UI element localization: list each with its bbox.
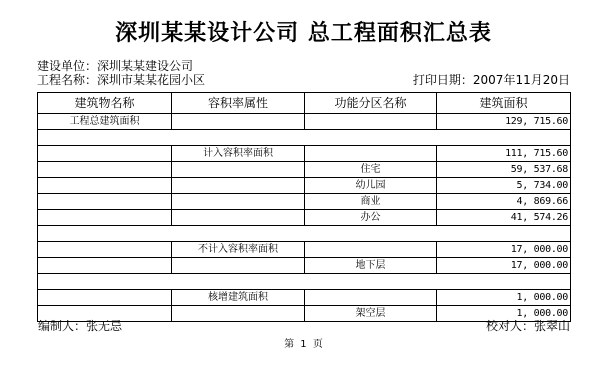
far-attribute-cell: [172, 162, 305, 178]
table-row: 办公 41, 574.26: [38, 210, 571, 226]
project-name: 工程名称：深圳市某某花园小区: [37, 73, 205, 87]
spacer-row: [38, 226, 571, 242]
table-header-row: 建筑物名称 容积率属性 功能分区名称 建筑面积: [38, 93, 571, 114]
table-row: 计入容积率面积 111, 715.60: [38, 146, 571, 162]
table-row: 住宅 59, 537.68: [38, 162, 571, 178]
far-attribute-cell: 计入容积率面积: [172, 146, 305, 162]
column-header-function-zone: 功能分区名称: [305, 93, 437, 114]
building-area-cell: 4, 869.66: [437, 194, 571, 210]
table-row: 商业 4, 869.66: [38, 194, 571, 210]
table-row: 地下层 17, 000.00: [38, 258, 571, 274]
building-name-cell: [38, 258, 172, 274]
function-zone-cell: 商业: [305, 194, 437, 210]
building-name-cell: [38, 242, 172, 258]
building-name-cell: [38, 194, 172, 210]
building-area-cell: 111, 715.60: [437, 146, 571, 162]
function-zone-cell: [305, 290, 437, 306]
far-attribute-cell: [172, 306, 305, 322]
spacer-row: [38, 274, 571, 290]
far-attribute-cell: 不计入容积率面积: [172, 242, 305, 258]
far-attribute-cell: [172, 210, 305, 226]
table-row: 不计入容积率面积 17, 000.00: [38, 242, 571, 258]
function-zone-cell: [305, 114, 437, 130]
spacer-cell: [38, 274, 571, 290]
building-area-cell: 1, 000.00: [437, 290, 571, 306]
building-area-cell: 5, 734.00: [437, 178, 571, 194]
column-header-far-attribute: 容积率属性: [172, 93, 305, 114]
building-name-cell: [38, 178, 172, 194]
building-name-cell: [38, 290, 172, 306]
checker-label: 校对人：张翠山: [486, 319, 570, 333]
building-name-cell: 工程总建筑面积: [38, 114, 172, 130]
building-area-cell: 41, 574.26: [437, 210, 571, 226]
far-attribute-cell: [172, 178, 305, 194]
building-area-cell: 129, 715.60: [437, 114, 571, 130]
building-area-cell: 17, 000.00: [437, 258, 571, 274]
building-name-cell: [38, 146, 172, 162]
function-zone-cell: 幼儿园: [305, 178, 437, 194]
table-row: 工程总建筑面积 129, 715.60: [38, 114, 571, 130]
function-zone-cell: 办公: [305, 210, 437, 226]
area-summary-table: 建筑物名称 容积率属性 功能分区名称 建筑面积 工程总建筑面积 129, 715…: [37, 92, 571, 322]
print-date: 打印日期：2007年11月20日: [413, 73, 570, 87]
function-zone-cell: 住宅: [305, 162, 437, 178]
spacer-row: [38, 130, 571, 146]
far-attribute-cell: [172, 114, 305, 130]
building-area-cell: 59, 537.68: [437, 162, 571, 178]
building-name-cell: [38, 162, 172, 178]
report-title: 深圳某某设计公司 总工程面积汇总表: [0, 20, 607, 48]
building-name-cell: [38, 210, 172, 226]
spacer-cell: [38, 130, 571, 146]
table-row: 核增建筑面积 1, 000.00: [38, 290, 571, 306]
building-area-cell: 17, 000.00: [437, 242, 571, 258]
construction-unit: 建设单位：深圳某某建设公司: [37, 59, 193, 73]
function-zone-cell: 架空层: [305, 306, 437, 322]
function-zone-cell: 地下层: [305, 258, 437, 274]
table-row: 幼儿园 5, 734.00: [38, 178, 571, 194]
spacer-cell: [38, 226, 571, 242]
function-zone-cell: [305, 242, 437, 258]
far-attribute-cell: [172, 194, 305, 210]
column-header-building-area: 建筑面积: [437, 93, 571, 114]
column-header-building-name: 建筑物名称: [38, 93, 172, 114]
page-number: 第 1 页: [0, 339, 607, 351]
function-zone-cell: [305, 146, 437, 162]
far-attribute-cell: [172, 258, 305, 274]
far-attribute-cell: 核增建筑面积: [172, 290, 305, 306]
compiler-label: 编制人：张无忌: [38, 319, 122, 333]
